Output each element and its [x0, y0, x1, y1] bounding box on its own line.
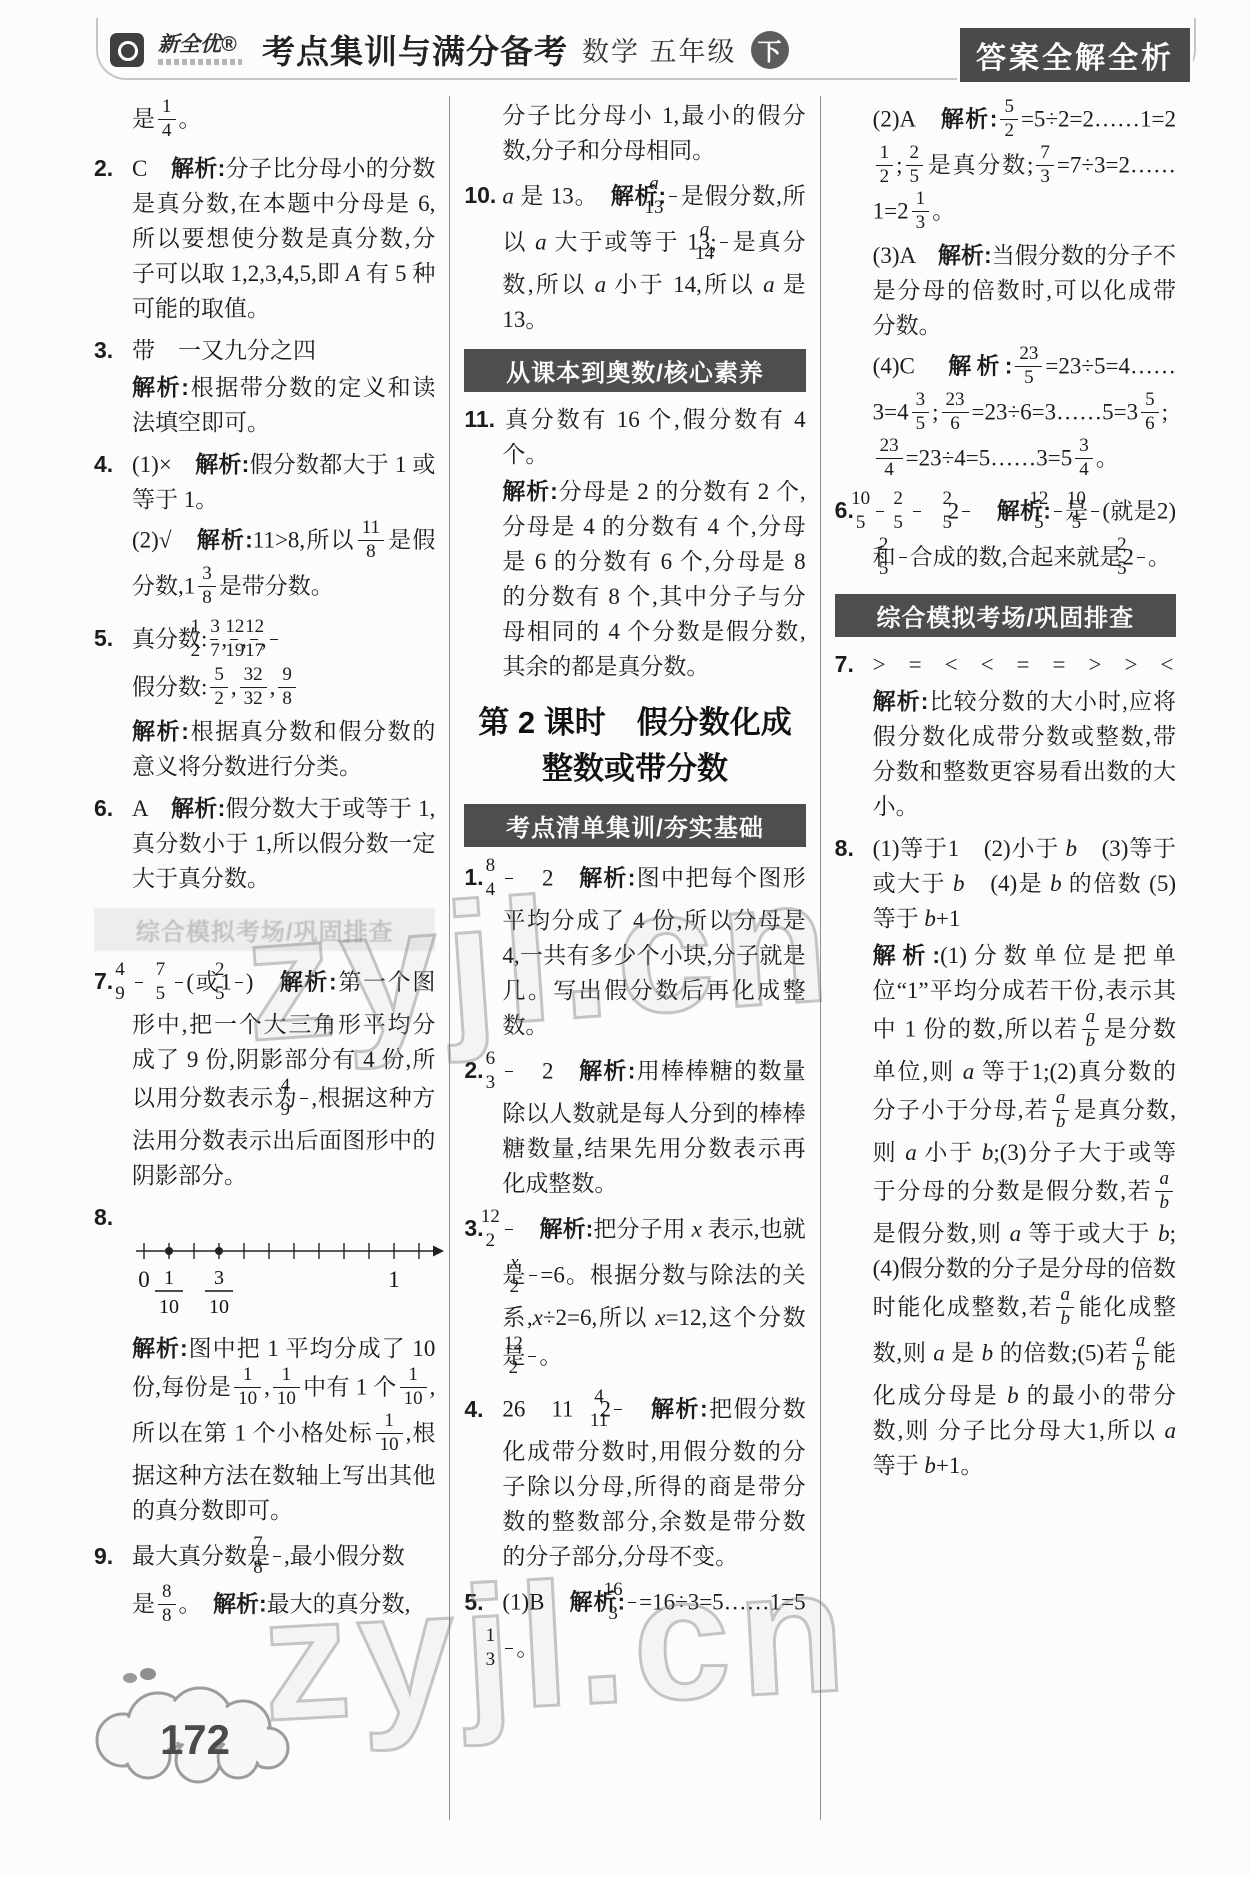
fraction: 125 — [1054, 489, 1062, 533]
fraction: 35 — [912, 390, 930, 434]
section-banner: 考点清单集训/夯实基础 — [464, 804, 805, 847]
item-number: 7. — [94, 964, 132, 999]
fraction: 98 — [278, 665, 296, 709]
fraction: 105 — [876, 489, 884, 533]
analysis-label: 解析: — [132, 718, 189, 744]
item-number: 2. — [464, 1053, 502, 1088]
answer-continuation: 解析:分母是 2 的分数有 2 个,分母是 4 的分数有 4 个,分母是 6 的… — [464, 474, 805, 684]
answer-item: 2.63 2 解析:用棒棒糖的数量除以人数就是每人分到的棒棒糖数量,结果先用分数… — [464, 1050, 805, 1201]
section-banner: 从课本到奥数/核心素养 — [464, 349, 805, 392]
fraction: 234 — [876, 436, 903, 480]
content-columns: 是14。2.C 解析:分子比分母小的分数是真分数,在本题中分母是 6,所以要想使… — [80, 96, 1190, 1820]
answer-item: 8.(1)等于1 (2)小于 b (3)等于或大于 b (4)是 b 的倍数 (… — [835, 831, 1176, 936]
answer-continuation: (4)C 解析:235=23÷5=4……3=435;236=23÷6=3……5=… — [835, 345, 1176, 483]
answer-item: 3.带 一又九分之四 — [94, 333, 435, 368]
fraction: 78 — [273, 1534, 281, 1578]
publisher-logo-icon — [110, 33, 144, 67]
answer-book-page: 新全优® 考点集训与满分备考 数学 五年级 下 答案全解全析 是14。2.C 解… — [0, 0, 1250, 1877]
fraction: 73 — [1036, 143, 1054, 187]
answer-item: 2.C 解析:分子比分母小的分数是真分数,在本题中分母是 6,所以要想使分数是真… — [94, 151, 435, 326]
fraction: 235 — [1015, 344, 1042, 388]
item-number: 7. — [835, 647, 873, 682]
answer-item: 5.真分数:12,37,1219,1217 — [94, 618, 435, 664]
fraction: 49 — [135, 960, 143, 1004]
answer-item: 1.84 2 解析:图中把每个图形平均分成了 4 份,所以分母是 4,一共有多少… — [464, 857, 805, 1043]
analysis-label: 解析: — [579, 864, 635, 890]
series-title: 考点集训与满分备考 — [262, 26, 568, 73]
answer-item: 5.(1)B 解析:163=16÷3=5……1=513。 — [464, 1581, 805, 1673]
analysis-label: 解析: — [941, 105, 998, 131]
fraction: 110 — [400, 1365, 427, 1409]
svg-text:0: 0 — [138, 1267, 150, 1292]
answer-continuation: 是88。 解析:最大的真分数, — [94, 1583, 435, 1629]
fraction: 14 — [158, 97, 176, 141]
subject-grade: 数学 五年级 — [582, 30, 737, 69]
page-header: 新全优® 考点集训与满分备考 数学 五年级 下 — [110, 26, 789, 73]
fraction: 118 — [358, 518, 384, 562]
brand-name: 新全优® — [158, 34, 242, 55]
fraction: ab — [1052, 1088, 1070, 1132]
answer-continuation: (2)√ 解析:11>8,所以118是假分数,138是带分数。 — [94, 519, 435, 611]
fraction: 25 — [913, 489, 921, 533]
number-line-figure: 01103101 — [134, 1235, 446, 1329]
answer-item: 4.26 11 2411 解析:把假分数化成带分数时,用假分数的分子除以分母,所… — [464, 1388, 805, 1574]
svg-text:10: 10 — [159, 1296, 179, 1318]
fraction: 49 — [300, 1076, 308, 1120]
answer-key-badge: 答案全解全析 — [960, 28, 1190, 82]
analysis-label: 解析: — [579, 1057, 635, 1083]
fraction: 105 — [1091, 489, 1099, 533]
item-number: 5. — [464, 1585, 502, 1620]
analysis-label: 解析: — [195, 451, 249, 477]
fraction: a14 — [720, 220, 728, 264]
fraction: 236 — [942, 390, 969, 434]
answer-continuation: (3)A 解析:当假分数的分子不是分母的倍数时,可以化成带分数。 — [835, 238, 1176, 343]
fraction: 25 — [235, 960, 243, 1004]
section-banner: 综合模拟考场/巩固排查 — [835, 594, 1176, 637]
answer-continuation: 假分数:52,3232,98 — [94, 666, 435, 712]
fraction: 75 — [175, 960, 183, 1004]
analysis-label: 解析: — [502, 478, 558, 504]
volume-badge: 下 — [751, 31, 789, 69]
answer-item: 7.> = < < = = > > < — [835, 647, 1176, 682]
fraction: x2 — [529, 1253, 537, 1297]
item-number: 8. — [94, 1200, 132, 1235]
fraction: 110 — [273, 1365, 300, 1409]
item-number: 8. — [835, 831, 873, 866]
section-banner-faded: 综合模拟考场/巩固排查 — [94, 908, 435, 951]
fraction: 12 — [876, 143, 894, 187]
fraction: 25 — [1137, 535, 1145, 579]
fraction: 38 — [198, 564, 216, 608]
fraction: ab — [1082, 1007, 1100, 1051]
item-number: 10. — [464, 178, 502, 213]
fraction: 84 — [505, 856, 513, 900]
fraction: 56 — [1141, 390, 1159, 434]
answer-continuation: 是14。 — [94, 98, 435, 144]
analysis-label: 解析: — [540, 1215, 594, 1241]
item-number: 5. — [94, 621, 132, 656]
analysis-label: 解析: — [873, 942, 940, 968]
analysis-label: 解析: — [132, 374, 189, 400]
fraction: 34 — [1075, 436, 1093, 480]
svg-text:3: 3 — [214, 1267, 224, 1289]
item-number: 1. — [464, 860, 502, 895]
answer-item: 9.最大真分数是78,最小假分数 — [94, 1535, 435, 1581]
item-number: 4. — [94, 447, 132, 482]
answer-continuation: 解析:(1)分数单位是把单位“1”平均分成若干份,表示其中 1 份的数,所以若a… — [835, 938, 1176, 1483]
fraction: 110 — [376, 1411, 403, 1455]
analysis-label: 解析: — [651, 1396, 708, 1422]
analysis-label: 解析: — [280, 968, 337, 994]
analysis-label: 解析: — [873, 688, 929, 714]
answer-item: 10.a 是 13。 解析:a13是假分数,所以 a 大于或等于 13;a14是… — [464, 175, 805, 337]
answer-item: 3.122 解析:把分子用 x 表示,也就是x2=6。根据分数与除法的关系,x÷… — [464, 1208, 805, 1381]
fraction: 411 — [614, 1387, 622, 1431]
fraction: 88 — [158, 1582, 176, 1626]
answer-continuation: (2)A 解析:52=5÷2=2……1=212;25是真分数;73=7÷3=2…… — [835, 98, 1176, 236]
item-number: 9. — [94, 1539, 132, 1574]
analysis-label: 解析: — [132, 1335, 188, 1361]
fraction: ab — [1132, 1331, 1150, 1375]
fraction: 110 — [234, 1365, 261, 1409]
fraction: 25 — [962, 489, 970, 533]
analysis-label: 解析: — [171, 795, 225, 821]
answer-item: 6.A 解析:假分数大于或等于 1,真分数小于 1,所以假分数一定大于真分数。 — [94, 791, 435, 896]
analysis-label: 解析: — [948, 352, 1012, 378]
answer-item: 6.105 25 225 解析:125是105(就是2)和25合成的数,合起来就… — [835, 490, 1176, 582]
fraction: 13 — [912, 189, 930, 233]
answer-item: 11.真分数有 16 个,假分数有 4 个。 — [464, 402, 805, 472]
item-number: 4. — [464, 1392, 502, 1427]
answer-item: 4.(1)× 解析:假分数都大于 1 或等于 1。 — [94, 447, 435, 517]
column-3: (2)A 解析:52=5÷2=2……1=212;25是真分数;73=7÷3=2…… — [820, 96, 1190, 1820]
answer-item: 8.01103101 — [94, 1200, 435, 1329]
item-number: 6. — [94, 791, 132, 826]
fraction: 52 — [1000, 97, 1018, 141]
analysis-label: 解析: — [197, 526, 253, 552]
analysis-label: 解析: — [213, 1591, 267, 1617]
fraction: a13 — [669, 174, 677, 218]
item-number: 3. — [94, 333, 132, 368]
svg-text:1: 1 — [388, 1267, 400, 1292]
page-number-cloud: 172 — [78, 1668, 313, 1791]
brand-subtext-decoration — [158, 59, 242, 65]
analysis-label: 解析: — [938, 242, 992, 268]
answer-continuation: 解析:根据带分数的定义和读法填空即可。 — [94, 370, 435, 440]
item-number: 2. — [94, 151, 132, 186]
item-number: 11. — [464, 402, 502, 437]
fraction: 1217 — [270, 617, 278, 661]
fraction: 3232 — [240, 665, 267, 709]
column-1: 是14。2.C 解析:分子比分母小的分数是真分数,在本题中分母是 6,所以要想使… — [80, 96, 449, 1820]
column-2: 分子比分母小 1,最小的假分数,分子和分母相同。10.a 是 13。 解析:a1… — [449, 96, 819, 1820]
fraction: ab — [1056, 1285, 1074, 1329]
analysis-label: 解析: — [171, 155, 225, 181]
answer-continuation: 解析:图中把 1 平均分成了 10 份,每份是110,110中有 1 个110,… — [94, 1331, 435, 1528]
answer-item: 7.49 75(或125) 解析:第一个图形中,把一个大三角形平均分成了 9 份… — [94, 961, 435, 1193]
svg-text:1: 1 — [164, 1267, 174, 1289]
page-number: 172 — [160, 1716, 230, 1763]
answer-continuation: 分子比分母小 1,最小的假分数,分子和分母相同。 — [464, 98, 805, 168]
answer-continuation: 解析:根据真分数和假分数的意义将分数进行分类。 — [94, 714, 435, 784]
fraction: 122 — [528, 1334, 536, 1378]
svg-text:10: 10 — [209, 1296, 229, 1318]
lesson-title: 第 2 课时 假分数化成整数或带分数 — [464, 700, 805, 792]
fraction: 25 — [899, 535, 907, 579]
fraction: 52 — [210, 665, 228, 709]
fraction: ab — [1155, 1169, 1173, 1213]
fraction: 13 — [505, 1626, 513, 1670]
answer-continuation: 解析:比较分数的大小时,应将假分数化成带分数或整数,带分数和整数更容易看出数的大… — [835, 684, 1176, 824]
fraction: 163 — [628, 1580, 636, 1624]
fraction: 122 — [505, 1207, 513, 1251]
fraction: 63 — [505, 1049, 513, 1093]
fraction: 25 — [906, 143, 924, 187]
